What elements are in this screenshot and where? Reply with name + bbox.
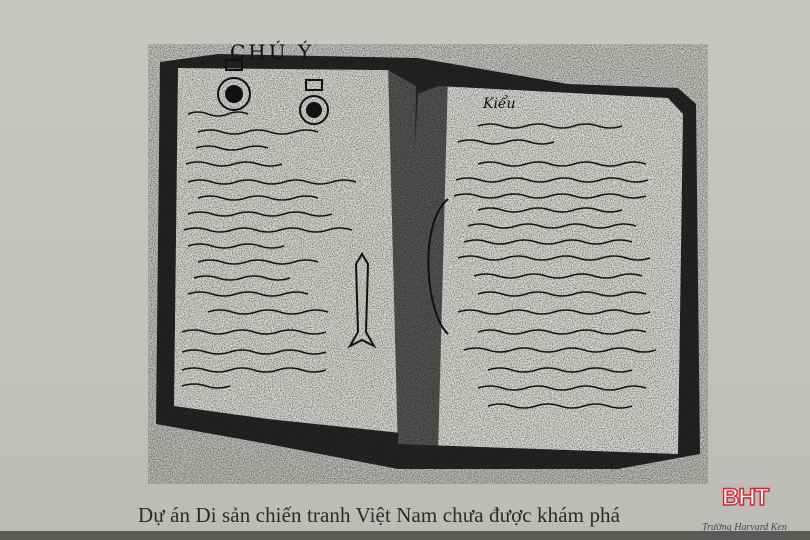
left-page-heading: CHÚ Ý [230,40,314,64]
notebook-photocopy: CHÚ Ý Kiểu [148,14,708,484]
bht-logo: BHT [722,484,768,512]
frame-bottom-edge [0,531,810,540]
open-notebook-illustration [148,14,708,484]
right-page-heading: Kiểu [483,96,516,112]
photo-caption: Dự án Di sản chiến tranh Việt Nam chưa đ… [138,503,620,528]
